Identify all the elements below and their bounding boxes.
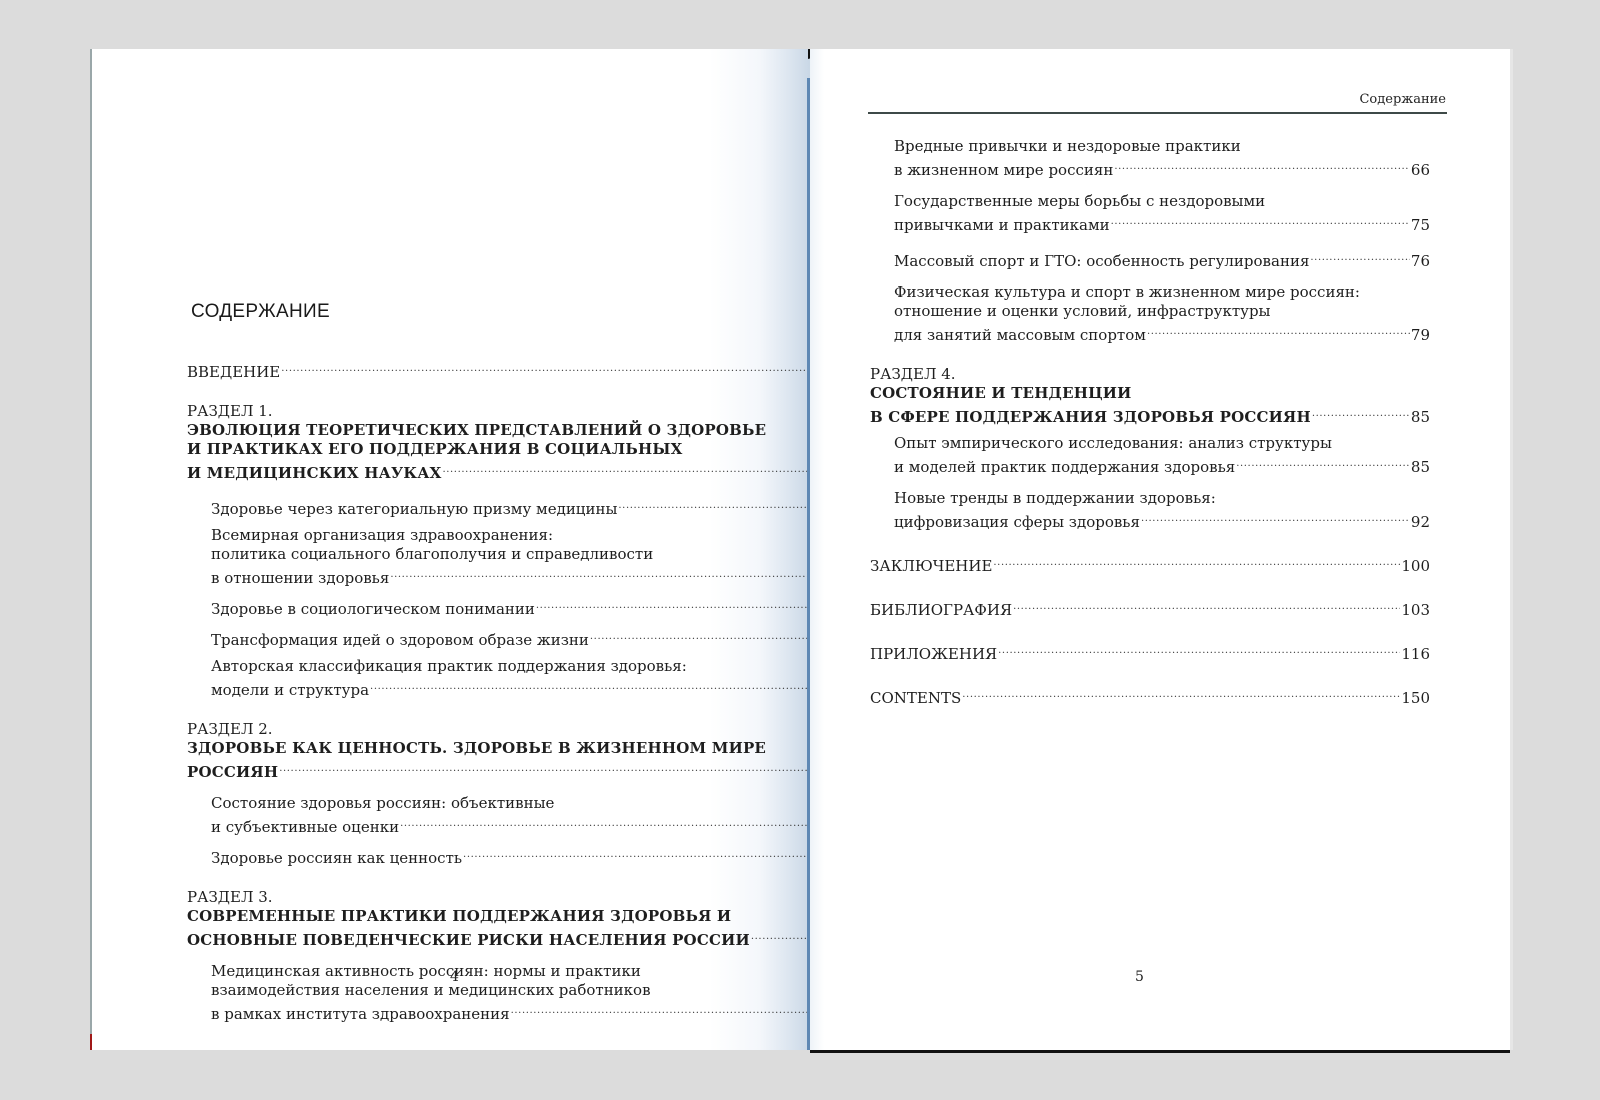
toc-subentry[interactable]: Новые тренды в поддержании здоровья:цифр…	[894, 489, 1430, 532]
dot-leader	[962, 684, 1400, 703]
entry-text: Состояние здоровья россиян: объективные	[211, 794, 554, 813]
entry-page-number: 76	[1411, 252, 1430, 271]
dot-leader	[1141, 508, 1410, 527]
toc-entry-backmatter[interactable]: CONTENTS150	[870, 684, 1430, 708]
page-number-right: 5	[1135, 969, 1144, 985]
entry-line: для занятий массовым спортом79	[894, 321, 1430, 345]
toc-entry-introduction[interactable]: ВВЕДЕНИЕ6	[187, 358, 837, 382]
entry-text: модели и структура	[211, 681, 369, 700]
entry-text: Здоровье через категориальную призму мед…	[211, 500, 617, 519]
entry-line: СОСТОЯНИЕ И ТЕНДЕНЦИИ	[870, 384, 1430, 403]
entry-text: и субъективные оценки	[211, 818, 399, 837]
spacer	[870, 477, 1430, 489]
entry-text: в отношении здоровья	[211, 569, 389, 588]
entry-line: в рамках института здравоохранения55	[211, 1000, 837, 1024]
entry-text: ОСНОВНЫЕ ПОВЕДЕНЧЕСКИЕ РИСКИ НАСЕЛЕНИЯ Р…	[187, 931, 750, 950]
entry-text: Государственные меры борьбы с нездоровым…	[894, 192, 1265, 211]
entry-text: ПРИЛОЖЕНИЯ	[870, 645, 997, 664]
dot-leader	[400, 813, 817, 832]
entry-text: ВВЕДЕНИЕ	[187, 363, 280, 382]
spacer	[870, 576, 1430, 596]
entry-line: Физическая культура и спорт в жизненном …	[894, 283, 1430, 302]
toc-right-list: Вредные привычки и нездоровые практикив …	[870, 137, 1430, 708]
entry-text: политика социального благополучия и спра…	[211, 545, 653, 564]
toc-entry-backmatter[interactable]: БИБЛИОГРАФИЯ103	[870, 596, 1430, 620]
entry-line: Массовый спорт и ГТО: особенность регули…	[894, 247, 1430, 271]
entry-line: цифровизация сферы здоровья92	[894, 508, 1430, 532]
entry-line: и моделей практик поддержания здоровья85	[894, 453, 1430, 477]
entry-text: Здоровье в социологическом понимании	[211, 600, 535, 619]
entry-line: Государственные меры борьбы с нездоровым…	[894, 192, 1430, 211]
entry-line: БИБЛИОГРАФИЯ103	[870, 596, 1430, 620]
entry-line: и субъективные оценки40	[211, 813, 837, 837]
spacer	[187, 837, 837, 844]
toc-subentry[interactable]: Государственные меры борьбы с нездоровым…	[894, 192, 1430, 235]
section-label: РАЗДЕЛ 4.	[870, 365, 1430, 384]
spacer	[870, 427, 1430, 434]
toc-subentry[interactable]: Авторская классификация практик поддержа…	[211, 657, 837, 700]
entry-text: Новые тренды в поддержании здоровья:	[894, 489, 1216, 508]
entry-page-number: 103	[1401, 601, 1430, 620]
toc-heading: СОДЕРЖАНИЕ	[191, 301, 330, 323]
entry-line: Состояние здоровья россиян: объективные	[211, 794, 837, 813]
toc-subentry[interactable]: Опыт эмпирического исследования: анализ …	[894, 434, 1430, 477]
entry-text: ЭВОЛЮЦИЯ ТЕОРЕТИЧЕСКИХ ПРЕДСТАВЛЕНИЙ О З…	[187, 421, 766, 440]
dot-leader	[463, 844, 817, 863]
entry-text: БИБЛИОГРАФИЯ	[870, 601, 1012, 620]
entry-page-number: 75	[1411, 216, 1430, 235]
spacer	[870, 532, 1430, 552]
spacer	[870, 235, 1430, 247]
entry-text: цифровизация сферы здоровья	[894, 513, 1140, 532]
entry-page-number: 85	[1411, 408, 1430, 427]
toc-subentry[interactable]: Всемирная организация здравоохранения:по…	[211, 526, 837, 588]
entry-line: ВВЕДЕНИЕ6	[187, 358, 837, 382]
entry-text: В СФЕРЕ ПОДДЕРЖАНИЯ ЗДОРОВЬЯ РОССИЯН	[870, 408, 1311, 427]
spacer	[870, 620, 1430, 640]
entry-line: модели и структура31	[211, 676, 837, 700]
entry-line: Здоровье в социологическом понимании21	[211, 595, 837, 619]
entry-line: Опыт эмпирического исследования: анализ …	[894, 434, 1430, 453]
toc-section-4[interactable]: СОСТОЯНИЕ И ТЕНДЕНЦИИВ СФЕРЕ ПОДДЕРЖАНИЯ…	[870, 384, 1430, 427]
toc-subentry[interactable]: Физическая культура и спорт в жизненном …	[894, 283, 1430, 345]
entry-line: И МЕДИЦИНСКИХ НАУКАХ11	[187, 459, 837, 483]
entry-text: привычками и практиками	[894, 216, 1110, 235]
toc-left-list: ВВЕДЕНИЕ6РАЗДЕЛ 1.ЭВОЛЮЦИЯ ТЕОРЕТИЧЕСКИХ…	[187, 358, 837, 1024]
entry-line: Здоровье россиян как ценность48	[211, 844, 837, 868]
dot-leader	[281, 358, 826, 377]
toc-subentry[interactable]: Состояние здоровья россиян: объективныеи…	[211, 794, 837, 837]
entry-line: РОССИЯН40	[187, 758, 837, 782]
dot-leader	[370, 676, 817, 695]
entry-line: И ПРАКТИКАХ ЕГО ПОДДЕРЖАНИЯ В СОЦИАЛЬНЫХ	[187, 440, 837, 459]
dot-leader	[536, 595, 817, 614]
entry-line: Всемирная организация здравоохранения:	[211, 526, 837, 545]
entry-text: Опыт эмпирического исследования: анализ …	[894, 434, 1332, 453]
spacer	[187, 382, 837, 402]
entry-text: Медицинская активность россиян: нормы и …	[211, 962, 641, 981]
dot-leader	[511, 1000, 817, 1019]
entry-text: СОСТОЯНИЕ И ТЕНДЕНЦИИ	[870, 384, 1132, 403]
entry-text: в рамках института здравоохранения	[211, 1005, 510, 1024]
entry-page-number: 100	[1401, 557, 1430, 576]
running-head: Содержание	[1359, 92, 1446, 107]
entry-page-number: 79	[1411, 326, 1430, 345]
dot-leader	[998, 640, 1400, 659]
dot-leader	[590, 626, 817, 645]
right-page: Содержание Вредные привычки и нездоровые…	[810, 49, 1510, 1053]
entry-text: И МЕДИЦИНСКИХ НАУКАХ	[187, 464, 441, 483]
spacer	[187, 700, 837, 720]
entry-text: для занятий массовым спортом	[894, 326, 1146, 345]
dot-leader	[1310, 247, 1410, 266]
entry-text: ЗАКЛЮЧЕНИЕ	[870, 557, 992, 576]
toc-subentry[interactable]: Трансформация идей о здоровом образе жиз…	[211, 626, 837, 650]
dot-leader	[1147, 321, 1410, 340]
spacer	[187, 782, 837, 794]
entry-line: ОСНОВНЫЕ ПОВЕДЕНЧЕСКИЕ РИСКИ НАСЕЛЕНИЯ Р…	[187, 926, 837, 950]
entry-text: СОВРЕМЕННЫЕ ПРАКТИКИ ПОДДЕРЖАНИЯ ЗДОРОВЬ…	[187, 907, 731, 926]
entry-line: Здоровье через категориальную призму мед…	[211, 495, 837, 519]
entry-line: Медицинская активность россиян: нормы и …	[211, 962, 837, 981]
entry-text: И ПРАКТИКАХ ЕГО ПОДДЕРЖАНИЯ В СОЦИАЛЬНЫХ	[187, 440, 682, 459]
entry-line: привычками и практиками75	[894, 211, 1430, 235]
entry-page-number: 92	[1411, 513, 1430, 532]
entry-text: РОССИЯН	[187, 763, 278, 782]
entry-page-number: 150	[1401, 689, 1430, 708]
entry-text: взаимодействия населения и медицинских р…	[211, 981, 651, 1000]
running-head-rule	[868, 112, 1447, 114]
dot-leader	[279, 758, 817, 777]
dot-leader	[1111, 211, 1410, 230]
section-label: РАЗДЕЛ 3.	[187, 888, 837, 907]
toc-entry-backmatter[interactable]: ЗАКЛЮЧЕНИЕ100	[870, 552, 1430, 576]
entry-line: взаимодействия населения и медицинских р…	[211, 981, 837, 1000]
entry-line: Вредные привычки и нездоровые практики	[894, 137, 1430, 156]
entry-line: СОВРЕМЕННЫЕ ПРАКТИКИ ПОДДЕРЖАНИЯ ЗДОРОВЬ…	[187, 907, 837, 926]
spacer	[187, 588, 837, 595]
entry-line: политика социального благополучия и спра…	[211, 545, 837, 564]
left-page: СОДЕРЖАНИЕ ВВЕДЕНИЕ6РАЗДЕЛ 1.ЭВОЛЮЦИЯ ТЕ…	[90, 49, 810, 1050]
entry-line: Новые тренды в поддержании здоровья:	[894, 489, 1430, 508]
spacer	[187, 868, 837, 888]
toc-section-1[interactable]: ЭВОЛЮЦИЯ ТЕОРЕТИЧЕСКИХ ПРЕДСТАВЛЕНИЙ О З…	[187, 421, 837, 483]
toc-subentry[interactable]: Вредные привычки и нездоровые практикив …	[894, 137, 1430, 180]
toc-section-3[interactable]: СОВРЕМЕННЫЕ ПРАКТИКИ ПОДДЕРЖАНИЯ ЗДОРОВЬ…	[187, 907, 837, 950]
page-number-left: 4	[450, 969, 459, 985]
spacer	[187, 519, 837, 526]
dot-leader	[1013, 596, 1400, 615]
toc-section-2[interactable]: ЗДОРОВЬЕ КАК ЦЕННОСТЬ. ЗДОРОВЬЕ В ЖИЗНЕН…	[187, 739, 837, 782]
spacer	[870, 180, 1430, 192]
entry-line: В СФЕРЕ ПОДДЕРЖАНИЯ ЗДОРОВЬЯ РОССИЯН85	[870, 403, 1430, 427]
entry-page-number: 66	[1411, 161, 1430, 180]
entry-text: и моделей практик поддержания здоровья	[894, 458, 1235, 477]
spacer	[870, 271, 1430, 283]
entry-line: ПРИЛОЖЕНИЯ116	[870, 640, 1430, 664]
dot-leader	[1114, 156, 1410, 175]
spacer	[187, 619, 837, 626]
spacer	[870, 345, 1430, 365]
entry-text: Массовый спорт и ГТО: особенность регули…	[894, 252, 1309, 271]
section-label: РАЗДЕЛ 2.	[187, 720, 837, 739]
entry-line: ЗДОРОВЬЕ КАК ЦЕННОСТЬ. ЗДОРОВЬЕ В ЖИЗНЕН…	[187, 739, 837, 758]
spacer	[870, 664, 1430, 684]
entry-line: ЭВОЛЮЦИЯ ТЕОРЕТИЧЕСКИХ ПРЕДСТАВЛЕНИЙ О З…	[187, 421, 837, 440]
entry-page-number: 85	[1411, 458, 1430, 477]
entry-text: в жизненном мире россиян	[894, 161, 1113, 180]
spacer	[187, 950, 837, 962]
spacer	[187, 483, 837, 495]
dot-leader	[442, 459, 816, 478]
entry-line: Авторская классификация практик поддержа…	[211, 657, 837, 676]
dot-leader	[993, 552, 1400, 571]
dot-leader	[618, 495, 817, 514]
entry-text: Физическая культура и спорт в жизненном …	[894, 283, 1360, 302]
entry-text: Авторская классификация практик поддержа…	[211, 657, 687, 676]
entry-text: Здоровье россиян как ценность	[211, 849, 462, 868]
entry-page-number: 116	[1401, 645, 1430, 664]
spacer	[187, 650, 837, 657]
toc-entry-backmatter[interactable]: ПРИЛОЖЕНИЯ116	[870, 640, 1430, 664]
entry-line: в отношении здоровья16	[211, 564, 837, 588]
entry-text: ЗДОРОВЬЕ КАК ЦЕННОСТЬ. ЗДОРОВЬЕ В ЖИЗНЕН…	[187, 739, 766, 758]
dot-leader	[1236, 453, 1410, 472]
entry-line: ЗАКЛЮЧЕНИЕ100	[870, 552, 1430, 576]
entry-line: CONTENTS150	[870, 684, 1430, 708]
entry-line: отношение и оценки условий, инфраструкту…	[894, 302, 1430, 321]
dot-leader	[1312, 403, 1410, 422]
entry-text: отношение и оценки условий, инфраструкту…	[894, 302, 1271, 321]
toc-subentry[interactable]: Здоровье через категориальную призму мед…	[211, 495, 837, 519]
entry-text: Вредные привычки и нездоровые практики	[894, 137, 1241, 156]
toc-subentry[interactable]: Здоровье в социологическом понимании21	[211, 595, 837, 619]
dot-leader	[390, 564, 817, 583]
section-label: РАЗДЕЛ 1.	[187, 402, 837, 421]
entry-text: CONTENTS	[870, 689, 961, 708]
toc-subentry[interactable]: Здоровье россиян как ценность48	[211, 844, 837, 868]
entry-text: Всемирная организация здравоохранения:	[211, 526, 553, 545]
entry-line: Трансформация идей о здоровом образе жиз…	[211, 626, 837, 650]
entry-line: в жизненном мире россиян66	[894, 156, 1430, 180]
entry-text: Трансформация идей о здоровом образе жиз…	[211, 631, 589, 650]
toc-subentry[interactable]: Массовый спорт и ГТО: особенность регули…	[894, 247, 1430, 271]
toc-subentry[interactable]: Медицинская активность россиян: нормы и …	[211, 962, 837, 1024]
